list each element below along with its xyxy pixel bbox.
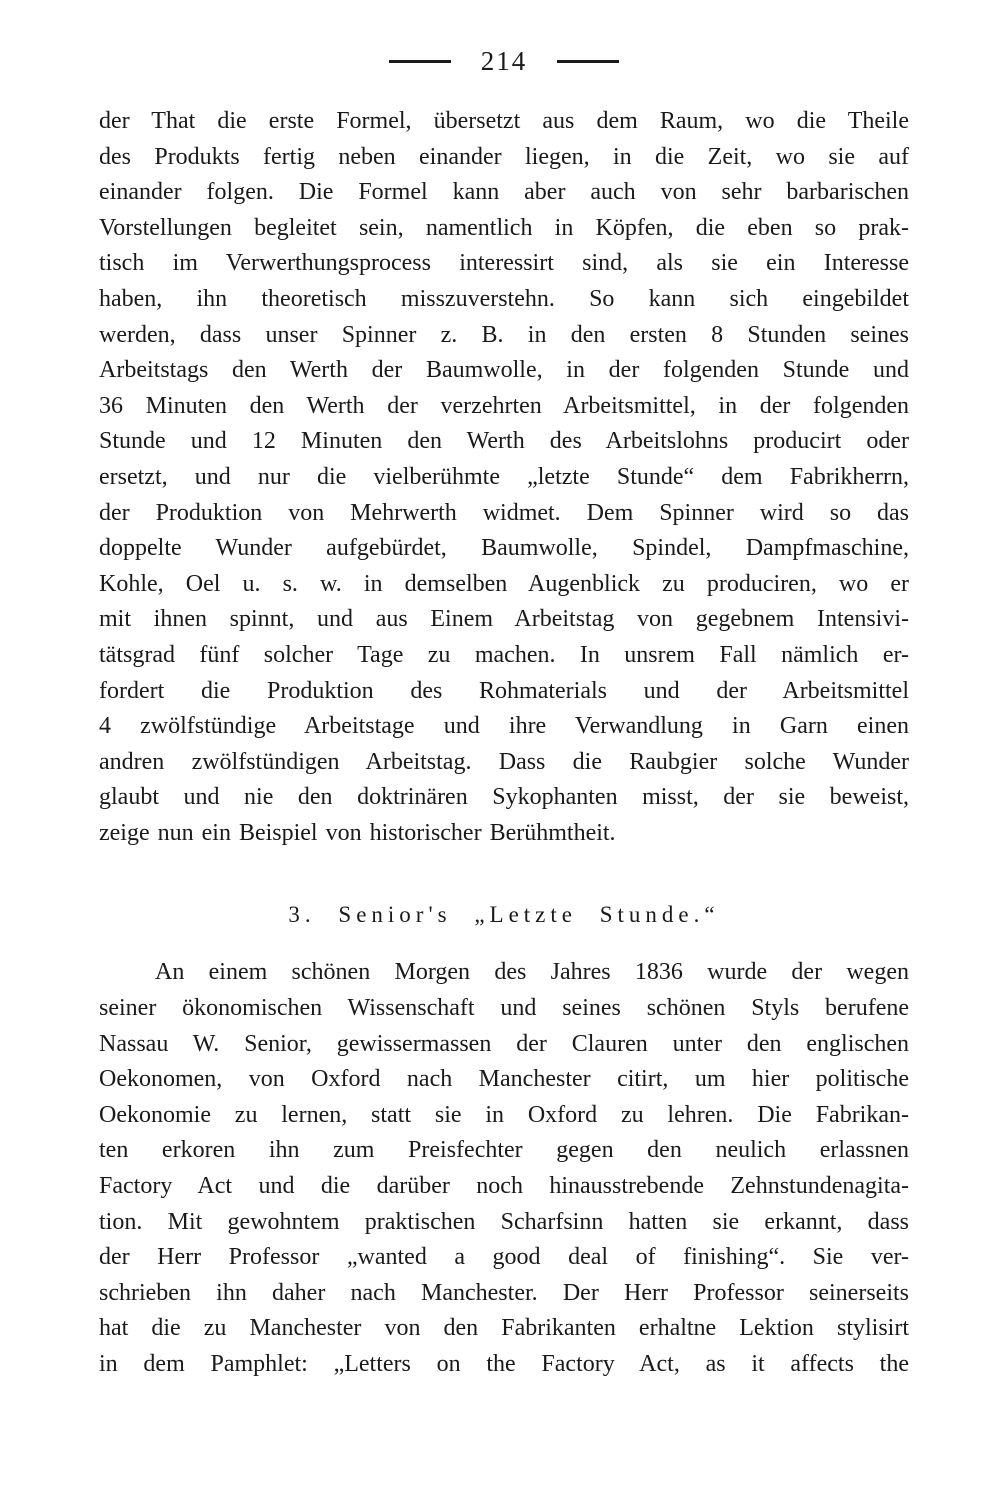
text-line: glaubt und nie den doktrinären Sykophant… (99, 780, 909, 816)
text-line: einander folgen. Die Formel kann aber au… (99, 175, 909, 211)
text-line: Oekonomie zu lernen, statt sie in Oxford… (99, 1098, 909, 1134)
text-line: der Herr Professor „wanted a good deal o… (99, 1240, 909, 1276)
text-line: andren zwölfstündigen Arbeitstag. Dass d… (99, 745, 909, 781)
text-line: tätsgrad fünf solcher Tage zu machen. In… (99, 638, 909, 674)
text-line: Arbeitstags den Werth der Baumwolle, in … (99, 353, 909, 389)
text-line: tion. Mit gewohntem praktischen Scharfsi… (99, 1205, 909, 1241)
text-line: ersetzt, und nur die vielberühmte „letzt… (99, 460, 909, 496)
text-line: ten erkoren ihn zum Preisfechter gegen d… (99, 1133, 909, 1169)
paragraph-2: An einem schönen Morgen des Jahres 1836 … (99, 955, 909, 1382)
section-heading: 3. Senior's „Letzte Stunde.“ (99, 897, 909, 933)
book-page: 214 der That die erste Formel, übersetzt… (0, 0, 1008, 1500)
header-rule-left (389, 60, 451, 63)
header-rule-right (557, 60, 619, 63)
text-line: schrieben ihn daher nach Manchester. Der… (99, 1276, 909, 1312)
text-line: seiner ökonomischen Wissenschaft und sei… (99, 991, 909, 1027)
text-line: Stunde und 12 Minuten den Werth des Arbe… (99, 424, 909, 460)
page-header: 214 (0, 0, 1008, 78)
text-line: doppelte Wunder aufgebürdet, Baumwolle, … (99, 531, 909, 567)
paragraph-1: der That die erste Formel, übersetzt aus… (99, 104, 909, 851)
body-text: der That die erste Formel, übersetzt aus… (99, 104, 909, 1383)
text-line: haben, ihn theoretisch misszuverstehn. S… (99, 282, 909, 318)
page-number: 214 (481, 48, 528, 75)
text-line: Vorstellungen begleitet sein, namentlich… (99, 211, 909, 247)
text-line: Factory Act und die darüber noch hinauss… (99, 1169, 909, 1205)
text-line: werden, dass unser Spinner z. B. in den … (99, 318, 909, 354)
text-line: 4 zwölfstündige Arbeitstage und ihre Ver… (99, 709, 909, 745)
text-line: fordert die Produktion des Rohmaterials … (99, 674, 909, 710)
text-line: Nassau W. Senior, gewissermassen der Cla… (99, 1027, 909, 1063)
text-line: der Produktion von Mehrwerth widmet. Dem… (99, 496, 909, 532)
text-line: hat die zu Manchester von den Fabrikante… (99, 1311, 909, 1347)
text-line: An einem schönen Morgen des Jahres 1836 … (99, 955, 909, 991)
text-line: mit ihnen spinnt, und aus Einem Arbeitst… (99, 602, 909, 638)
text-line: tisch im Verwerthungsprocess interessirt… (99, 246, 909, 282)
text-line: in dem Pamphlet: „Letters on the Factory… (99, 1347, 909, 1383)
text-line: zeige nun ein Beispiel von historischer … (99, 816, 909, 852)
text-line: Oekonomen, von Oxford nach Manchester ci… (99, 1062, 909, 1098)
text-line: Kohle, Oel u. s. w. in demselben Augenbl… (99, 567, 909, 603)
text-line: des Produkts fertig neben einander liege… (99, 140, 909, 176)
text-line: der That die erste Formel, übersetzt aus… (99, 104, 909, 140)
text-line: 36 Minuten den Werth der verzehrten Arbe… (99, 389, 909, 425)
